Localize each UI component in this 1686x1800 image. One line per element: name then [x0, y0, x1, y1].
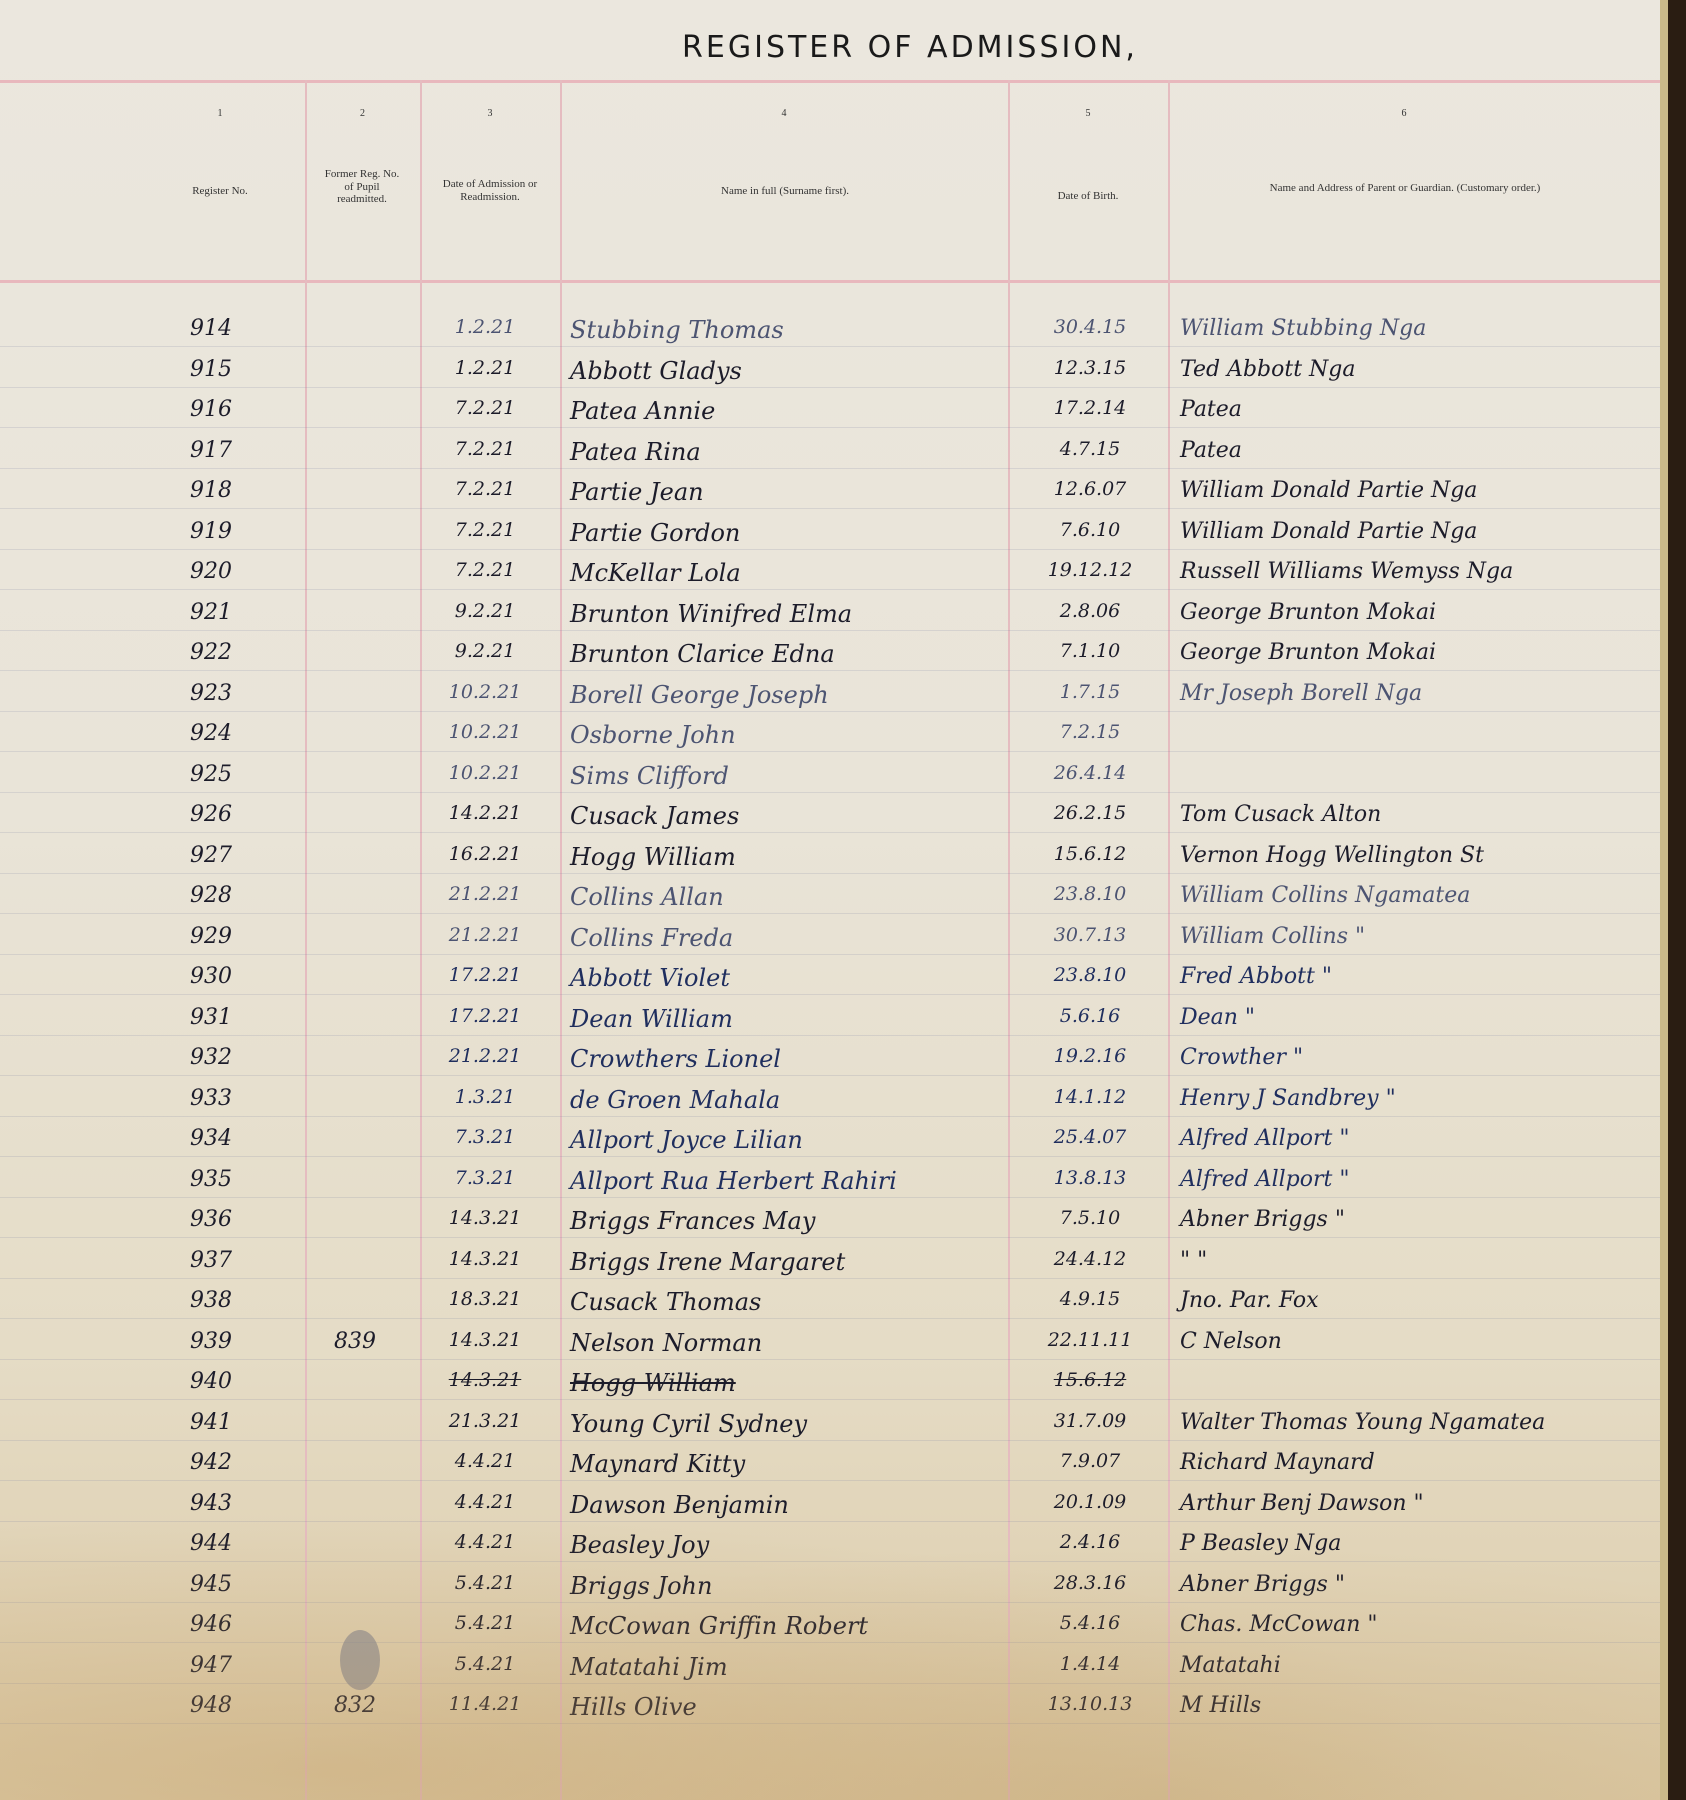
register-row: 935 7.3.21 Allport Rua Herbert Rahiri 13… [0, 1161, 1660, 1201]
ruled-line [0, 549, 1660, 550]
pupil-name: Collins Allan [570, 883, 1010, 911]
column-number: 3 [420, 108, 560, 120]
register-row: 948 832 11.4.21 Hills Olive 13.10.13 M H… [0, 1687, 1660, 1727]
admission-date: 16.2.21 [415, 843, 555, 865]
ruled-line [0, 1440, 1660, 1441]
parent-guardian: Ted Abbott Nga [1180, 357, 1635, 382]
register-number: 946 [190, 1612, 270, 1637]
register-number: 937 [190, 1248, 270, 1273]
admission-date: 4.4.21 [415, 1450, 555, 1472]
parent-guardian: Henry J Sandbrey " [1180, 1086, 1635, 1111]
pupil-name: Abbott Violet [570, 964, 1010, 992]
ruled-line [0, 1197, 1660, 1198]
register-row: 937 14.3.21 Briggs Irene Margaret 24.4.1… [0, 1242, 1660, 1282]
admission-date: 7.2.21 [415, 519, 555, 541]
date-of-birth: 7.1.10 [1015, 640, 1165, 662]
register-number: 917 [190, 438, 270, 463]
former-register-number: 839 [300, 1329, 410, 1354]
date-of-birth: 4.9.15 [1015, 1288, 1165, 1310]
register-row: 927 16.2.21 Hogg William 15.6.12 Vernon … [0, 837, 1660, 877]
parent-guardian: Abner Briggs " [1180, 1572, 1635, 1597]
date-of-birth: 1.4.14 [1015, 1653, 1165, 1675]
register-number: 914 [190, 316, 270, 341]
register-number: 915 [190, 357, 270, 382]
register-number: 948 [190, 1693, 270, 1718]
register-number: 926 [190, 802, 270, 827]
admission-date: 7.2.21 [415, 478, 555, 500]
pupil-name: Matatahi Jim [570, 1653, 1010, 1681]
parent-guardian: Matatahi [1180, 1653, 1635, 1678]
column-header-name: Name in full (Surname first). [700, 185, 870, 198]
ruled-line [0, 1318, 1660, 1319]
date-of-birth: 5.4.16 [1015, 1612, 1165, 1634]
parent-guardian: Dean " [1180, 1005, 1635, 1030]
column-header-admission-date: Date of Admission or Readmission. [440, 178, 540, 203]
register-row: 936 14.3.21 Briggs Frances May 7.5.10 Ab… [0, 1201, 1660, 1241]
admission-date: 14.3.21 [415, 1369, 555, 1391]
parent-guardian: Jno. Par. Fox [1180, 1288, 1635, 1313]
date-of-birth: 7.2.15 [1015, 721, 1165, 743]
pupil-name: McCowan Griffin Robert [570, 1612, 1010, 1640]
date-of-birth: 2.8.06 [1015, 600, 1165, 622]
admission-date: 10.2.21 [415, 681, 555, 703]
pupil-name: Briggs John [570, 1572, 1010, 1600]
parent-guardian: William Stubbing Nga [1180, 316, 1635, 341]
date-of-birth: 26.2.15 [1015, 802, 1165, 824]
admission-date: 7.3.21 [415, 1126, 555, 1148]
pupil-name: Partie Gordon [570, 519, 1010, 547]
ruled-line [0, 1035, 1660, 1036]
ruled-line [0, 1521, 1660, 1522]
ruled-line [0, 1602, 1660, 1603]
register-row: 916 7.2.21 Patea Annie 17.2.14 Patea [0, 391, 1660, 431]
register-row: 946 5.4.21 McCowan Griffin Robert 5.4.16… [0, 1606, 1660, 1646]
column-number: 5 [1008, 108, 1168, 120]
pupil-name: Beasley Joy [570, 1531, 1010, 1559]
register-row: 934 7.3.21 Allport Joyce Lilian 25.4.07 … [0, 1120, 1660, 1160]
admission-date: 10.2.21 [415, 762, 555, 784]
parent-guardian: William Collins " [1180, 924, 1635, 949]
parent-guardian: Abner Briggs " [1180, 1207, 1635, 1232]
parent-guardian: William Donald Partie Nga [1180, 519, 1635, 544]
date-of-birth: 28.3.16 [1015, 1572, 1165, 1594]
register-row: 932 21.2.21 Crowthers Lionel 19.2.16 Cro… [0, 1039, 1660, 1079]
parent-guardian: Patea [1180, 438, 1635, 463]
pupil-name: Hogg William [570, 843, 1010, 871]
register-number: 943 [190, 1491, 270, 1516]
register-number: 925 [190, 762, 270, 787]
ruled-line [0, 346, 1660, 347]
page-title: REGISTER OF ADMISSION, [0, 30, 1660, 65]
ruled-line [0, 1683, 1660, 1684]
date-of-birth: 23.8.10 [1015, 964, 1165, 986]
ruled-line [0, 387, 1660, 388]
register-row: 921 9.2.21 Brunton Winifred Elma 2.8.06 … [0, 594, 1660, 634]
admission-date: 14.3.21 [415, 1329, 555, 1351]
column-header-former-reg: Former Reg. No. of Pupil readmitted. [322, 168, 402, 206]
register-row: 924 10.2.21 Osborne John 7.2.15 [0, 715, 1660, 755]
date-of-birth: 5.6.16 [1015, 1005, 1165, 1027]
register-number: 916 [190, 397, 270, 422]
ruled-line [0, 954, 1660, 955]
register-number: 940 [190, 1369, 270, 1394]
parent-guardian: Vernon Hogg Wellington St [1180, 843, 1635, 868]
parent-guardian: M Hills [1180, 1693, 1635, 1718]
register-number: 945 [190, 1572, 270, 1597]
pupil-name: Collins Freda [570, 924, 1010, 952]
pupil-name: Borell George Joseph [570, 681, 1010, 709]
ruled-line [0, 792, 1660, 793]
pupil-name: McKellar Lola [570, 559, 1010, 587]
parent-guardian: George Brunton Mokai [1180, 600, 1635, 625]
date-of-birth: 31.7.09 [1015, 1410, 1165, 1432]
date-of-birth: 23.8.10 [1015, 883, 1165, 905]
register-number: 928 [190, 883, 270, 908]
pupil-name: Partie Jean [570, 478, 1010, 506]
register-row: 917 7.2.21 Patea Rina 4.7.15 Patea [0, 432, 1660, 472]
column-number: 2 [305, 108, 420, 120]
admission-date: 21.3.21 [415, 1410, 555, 1432]
register-number: 936 [190, 1207, 270, 1232]
parent-guardian: Crowther " [1180, 1045, 1635, 1070]
ruled-line [0, 1359, 1660, 1360]
register-row: 931 17.2.21 Dean William 5.6.16 Dean " [0, 999, 1660, 1039]
register-number: 934 [190, 1126, 270, 1151]
pupil-name: Abbott Gladys [570, 357, 1010, 385]
date-of-birth: 2.4.16 [1015, 1531, 1165, 1553]
register-number: 929 [190, 924, 270, 949]
ruled-line [0, 670, 1660, 671]
pupil-name: Brunton Winifred Elma [570, 600, 1010, 628]
parent-guardian: George Brunton Mokai [1180, 640, 1635, 665]
date-of-birth: 14.1.12 [1015, 1086, 1165, 1108]
pupil-name: Osborne John [570, 721, 1010, 749]
admission-date: 9.2.21 [415, 640, 555, 662]
register-row: 925 10.2.21 Sims Clifford 26.4.14 [0, 756, 1660, 796]
former-register-number: 832 [300, 1693, 410, 1718]
header-top-rule [0, 80, 1660, 83]
admission-date: 5.4.21 [415, 1653, 555, 1675]
parent-guardian: William Collins Ngamatea [1180, 883, 1635, 908]
admission-date: 21.2.21 [415, 924, 555, 946]
ruled-line [0, 913, 1660, 914]
column-header-dob: Date of Birth. [1008, 190, 1168, 203]
date-of-birth: 15.6.12 [1015, 1369, 1165, 1391]
parent-guardian: Arthur Benj Dawson " [1180, 1491, 1635, 1516]
register-number: 947 [190, 1653, 270, 1678]
header-bottom-rule [0, 280, 1660, 283]
ruled-line [0, 1561, 1660, 1562]
pupil-name: de Groen Mahala [570, 1086, 1010, 1114]
pupil-name: Hills Olive [570, 1693, 1010, 1721]
register-number: 938 [190, 1288, 270, 1313]
ruled-line [0, 1480, 1660, 1481]
date-of-birth: 19.12.12 [1015, 559, 1165, 581]
register-row: 947 5.4.21 Matatahi Jim 1.4.14 Matatahi [0, 1647, 1660, 1687]
date-of-birth: 22.11.11 [1015, 1329, 1165, 1351]
pupil-name: Patea Rina [570, 438, 1010, 466]
register-row: 939 839 14.3.21 Nelson Norman 22.11.11 C… [0, 1323, 1660, 1363]
admission-date: 4.4.21 [415, 1531, 555, 1553]
pupil-name: Brunton Clarice Edna [570, 640, 1010, 668]
date-of-birth: 1.7.15 [1015, 681, 1165, 703]
admission-date: 21.2.21 [415, 1045, 555, 1067]
register-number: 939 [190, 1329, 270, 1354]
register-row: 944 4.4.21 Beasley Joy 2.4.16 P Beasley … [0, 1525, 1660, 1565]
admission-date: 7.2.21 [415, 559, 555, 581]
pupil-name: Hogg William [570, 1369, 1010, 1397]
register-row: 933 1.3.21 de Groen Mahala 14.1.12 Henry… [0, 1080, 1660, 1120]
register-number: 944 [190, 1531, 270, 1556]
register-row: 915 1.2.21 Abbott Gladys 12.3.15 Ted Abb… [0, 351, 1660, 391]
admission-date: 9.2.21 [415, 600, 555, 622]
ruled-line [0, 1642, 1660, 1643]
pupil-name: Cusack Thomas [570, 1288, 1010, 1316]
ruled-line [0, 832, 1660, 833]
ruled-line [0, 1116, 1660, 1117]
register-number: 927 [190, 843, 270, 868]
date-of-birth: 4.7.15 [1015, 438, 1165, 460]
parent-guardian: Fred Abbott " [1180, 964, 1635, 989]
admission-date: 1.2.21 [415, 357, 555, 379]
ruled-line [0, 508, 1660, 509]
pupil-name: Crowthers Lionel [570, 1045, 1010, 1073]
parent-guardian: Russell Williams Wemyss Nga [1180, 559, 1635, 584]
pupil-name: Dawson Benjamin [570, 1491, 1010, 1519]
parent-guardian: " " [1180, 1248, 1635, 1273]
admission-date: 5.4.21 [415, 1612, 555, 1634]
admission-date: 14.3.21 [415, 1248, 555, 1270]
admission-date: 7.2.21 [415, 438, 555, 460]
register-number: 942 [190, 1450, 270, 1475]
ruled-line [0, 1237, 1660, 1238]
ruled-line [0, 468, 1660, 469]
register-number: 932 [190, 1045, 270, 1070]
ruled-line [0, 589, 1660, 590]
column-number: 6 [1168, 108, 1640, 120]
column-header-register-no: Register No. [170, 185, 270, 198]
register-row: 919 7.2.21 Partie Gordon 7.6.10 William … [0, 513, 1660, 553]
pupil-name: Maynard Kitty [570, 1450, 1010, 1478]
column-header-parent: Name and Address of Parent or Guardian. … [1230, 182, 1580, 195]
date-of-birth: 24.4.12 [1015, 1248, 1165, 1270]
register-number: 930 [190, 964, 270, 989]
register-row: 942 4.4.21 Maynard Kitty 7.9.07 Richard … [0, 1444, 1660, 1484]
date-of-birth: 26.4.14 [1015, 762, 1165, 784]
register-row: 918 7.2.21 Partie Jean 12.6.07 William D… [0, 472, 1660, 512]
pupil-name: Allport Joyce Lilian [570, 1126, 1010, 1154]
admission-date: 21.2.21 [415, 883, 555, 905]
ruled-line [0, 1278, 1660, 1279]
parent-guardian: P Beasley Nga [1180, 1531, 1635, 1556]
register-row: 928 21.2.21 Collins Allan 23.8.10 Willia… [0, 877, 1660, 917]
date-of-birth: 7.5.10 [1015, 1207, 1165, 1229]
ruled-line [0, 1156, 1660, 1157]
register-number: 933 [190, 1086, 270, 1111]
admission-date: 11.4.21 [415, 1693, 555, 1715]
pupil-name: Young Cyril Sydney [570, 1410, 1010, 1438]
parent-guardian: Alfred Allport " [1180, 1167, 1635, 1192]
register-row: 920 7.2.21 McKellar Lola 19.12.12 Russel… [0, 553, 1660, 593]
register-row: 940 14.3.21 Hogg William 15.6.12 [0, 1363, 1660, 1403]
ruled-line [0, 1399, 1660, 1400]
date-of-birth: 12.6.07 [1015, 478, 1165, 500]
register-number: 920 [190, 559, 270, 584]
register-row: 929 21.2.21 Collins Freda 30.7.13 Willia… [0, 918, 1660, 958]
register-row: 923 10.2.21 Borell George Joseph 1.7.15 … [0, 675, 1660, 715]
admission-date: 7.2.21 [415, 397, 555, 419]
parent-guardian: Patea [1180, 397, 1635, 422]
pupil-name: Patea Annie [570, 397, 1010, 425]
date-of-birth: 15.6.12 [1015, 843, 1165, 865]
register-number: 935 [190, 1167, 270, 1192]
admission-date: 17.2.21 [415, 964, 555, 986]
register-number: 919 [190, 519, 270, 544]
admission-date: 18.3.21 [415, 1288, 555, 1310]
register-number: 924 [190, 721, 270, 746]
register-row: 926 14.2.21 Cusack James 26.2.15 Tom Cus… [0, 796, 1660, 836]
pupil-name: Nelson Norman [570, 1329, 1010, 1357]
ruled-line [0, 711, 1660, 712]
admission-date: 1.3.21 [415, 1086, 555, 1108]
pupil-name: Briggs Irene Margaret [570, 1248, 1010, 1276]
register-number: 923 [190, 681, 270, 706]
admission-date: 10.2.21 [415, 721, 555, 743]
date-of-birth: 12.3.15 [1015, 357, 1165, 379]
ruled-line [0, 994, 1660, 995]
register-row: 938 18.3.21 Cusack Thomas 4.9.15 Jno. Pa… [0, 1282, 1660, 1322]
admission-date: 1.2.21 [415, 316, 555, 338]
register-number: 918 [190, 478, 270, 503]
parent-guardian: Richard Maynard [1180, 1450, 1635, 1475]
admission-date: 14.2.21 [415, 802, 555, 824]
date-of-birth: 13.10.13 [1015, 1693, 1165, 1715]
parent-guardian: Walter Thomas Young Ngamatea [1180, 1410, 1635, 1435]
register-row: 943 4.4.21 Dawson Benjamin 20.1.09 Arthu… [0, 1485, 1660, 1525]
date-of-birth: 7.6.10 [1015, 519, 1165, 541]
parent-guardian: Mr Joseph Borell Nga [1180, 681, 1635, 706]
admission-date: 7.3.21 [415, 1167, 555, 1189]
column-number: 1 [170, 108, 270, 120]
column-number: 4 [560, 108, 1008, 120]
register-row: 930 17.2.21 Abbott Violet 23.8.10 Fred A… [0, 958, 1660, 998]
date-of-birth: 30.7.13 [1015, 924, 1165, 946]
date-of-birth: 13.8.13 [1015, 1167, 1165, 1189]
register-row: 941 21.3.21 Young Cyril Sydney 31.7.09 W… [0, 1404, 1660, 1444]
date-of-birth: 25.4.07 [1015, 1126, 1165, 1148]
register-row: 922 9.2.21 Brunton Clarice Edna 7.1.10 G… [0, 634, 1660, 674]
ruled-line [0, 873, 1660, 874]
ink-stain [340, 1630, 380, 1690]
ruled-line [0, 1723, 1660, 1724]
register-number: 931 [190, 1005, 270, 1030]
date-of-birth: 20.1.09 [1015, 1491, 1165, 1513]
register-number: 922 [190, 640, 270, 665]
date-of-birth: 19.2.16 [1015, 1045, 1165, 1067]
admission-date: 17.2.21 [415, 1005, 555, 1027]
ruled-line [0, 1075, 1660, 1076]
date-of-birth: 17.2.14 [1015, 397, 1165, 419]
admission-date: 14.3.21 [415, 1207, 555, 1229]
parent-guardian: Tom Cusack Alton [1180, 802, 1635, 827]
register-number: 941 [190, 1410, 270, 1435]
admission-date: 4.4.21 [415, 1491, 555, 1513]
pupil-name: Dean William [570, 1005, 1010, 1033]
pupil-name: Cusack James [570, 802, 1010, 830]
pupil-name: Sims Clifford [570, 762, 1010, 790]
ruled-line [0, 427, 1660, 428]
pupil-name: Briggs Frances May [570, 1207, 1010, 1235]
register-row: 945 5.4.21 Briggs John 28.3.16 Abner Bri… [0, 1566, 1660, 1606]
admission-date: 5.4.21 [415, 1572, 555, 1594]
register-page: REGISTER OF ADMISSION, 1 2 3 4 5 6 Regis… [0, 0, 1668, 1800]
parent-guardian: C Nelson [1180, 1329, 1635, 1354]
date-of-birth: 7.9.07 [1015, 1450, 1165, 1472]
parent-guardian: William Donald Partie Nga [1180, 478, 1635, 503]
register-number: 921 [190, 600, 270, 625]
date-of-birth: 30.4.15 [1015, 316, 1165, 338]
ruled-line [0, 630, 1660, 631]
pupil-name: Stubbing Thomas [570, 316, 1010, 344]
parent-guardian: Chas. McCowan " [1180, 1612, 1635, 1637]
pupil-name: Allport Rua Herbert Rahiri [570, 1167, 1010, 1195]
ruled-line [0, 751, 1660, 752]
parent-guardian: Alfred Allport " [1180, 1126, 1635, 1151]
register-row: 914 1.2.21 Stubbing Thomas 30.4.15 Willi… [0, 310, 1660, 350]
